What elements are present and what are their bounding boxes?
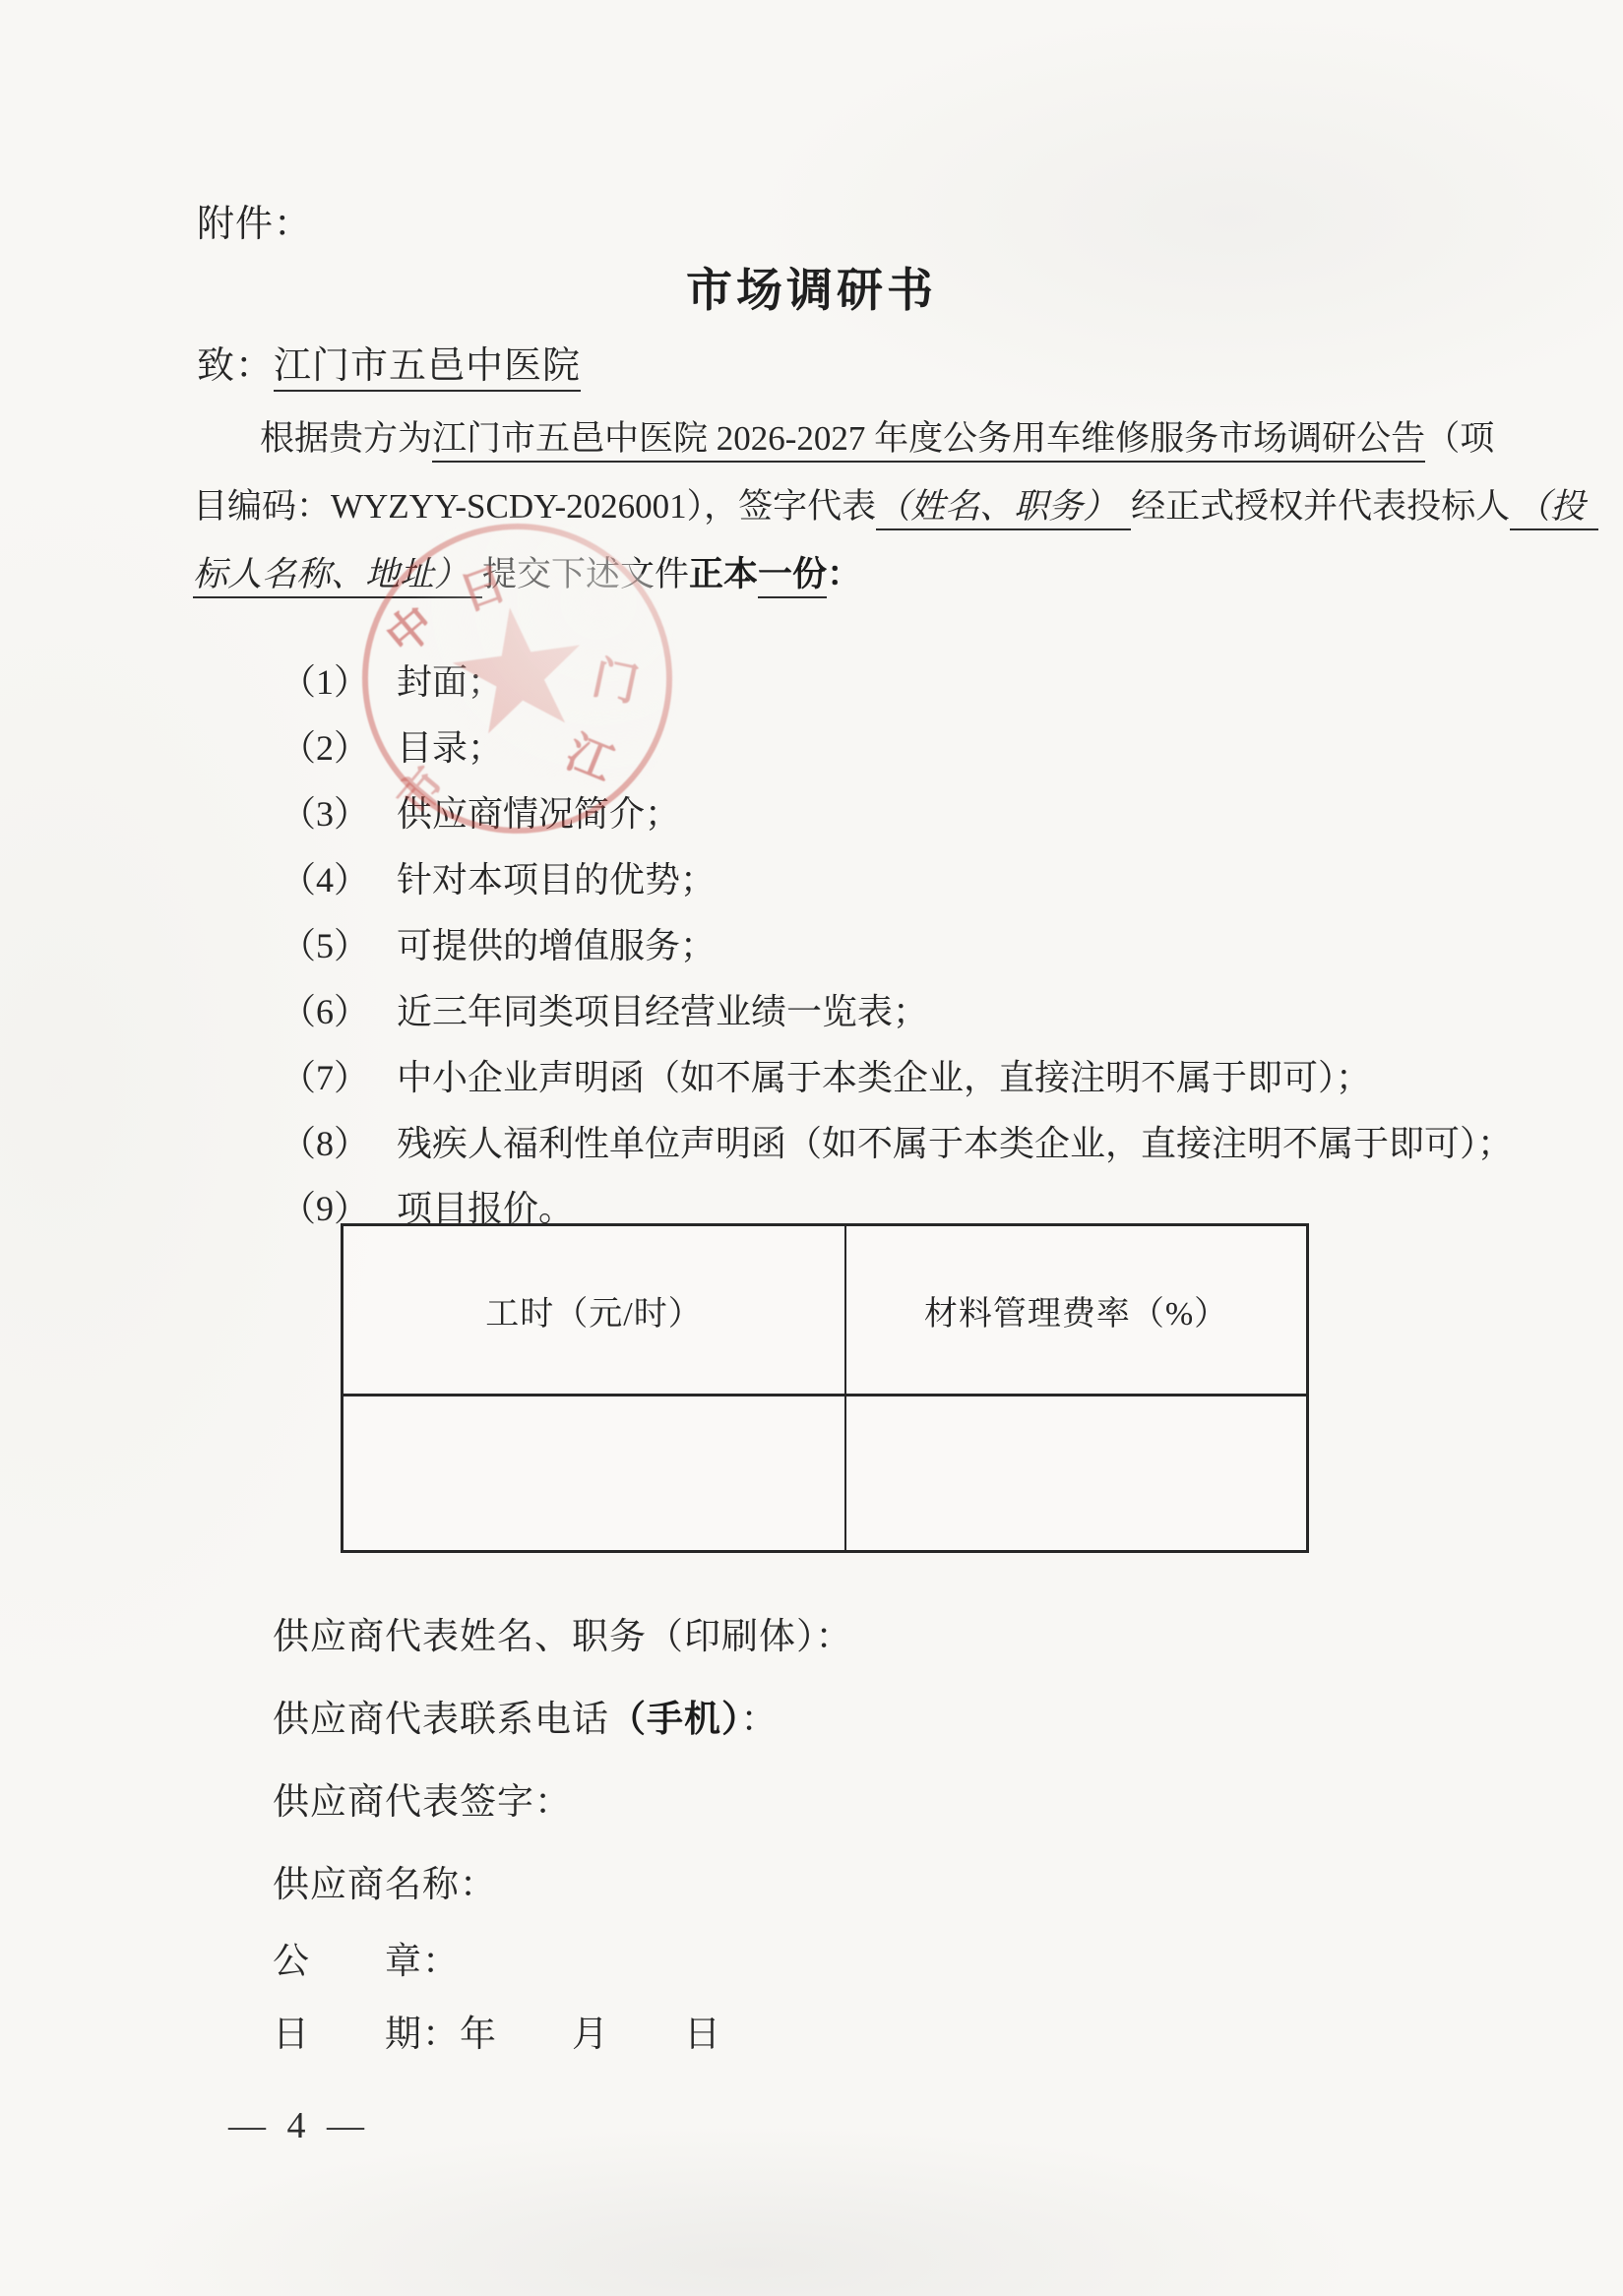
- list-item-6-number: （6）: [281, 984, 369, 1034]
- sig-rep-phone-colon: ：: [741, 1700, 779, 1740]
- list-item-3-number: （3）: [281, 786, 369, 837]
- paragraph-line-1: 根据贵方为江门市五邑中医院 2026-2027 年度公务用车维修服务市场调研公告…: [260, 411, 1494, 461]
- list-item-5: （5）可提供的增值服务；: [281, 918, 716, 968]
- table-cell-material-fee-value: [846, 1396, 1306, 1550]
- sig-line-rep-signature: 供应商代表签字：: [273, 1771, 572, 1825]
- list-item-7-number: （7）: [281, 1050, 369, 1100]
- list-item-6-text: 近三年同类项目经营业绩一览表；: [397, 992, 928, 1031]
- list-item-8-text: 残疾人福利性单位声明函（如不属于本类企业，直接注明不属于即可）；: [397, 1124, 1513, 1163]
- sig-line-official-seal: 公 章：: [273, 1931, 460, 1984]
- paragraph-l2-mid: 经正式授权并代表投标人: [1131, 487, 1510, 526]
- scanned-document-page: { "header": { "attachment_label": "附件：",…: [0, 0, 1623, 2296]
- list-item-2-number: （2）: [281, 720, 369, 771]
- paragraph-l3-bold: 正本: [689, 555, 758, 593]
- sig-rep-phone-bold: （手机）: [609, 1699, 741, 1739]
- sig-line-date: 日 期：年 月 日: [273, 2004, 721, 2057]
- paragraph-l1-pre: 根据贵方为: [260, 419, 432, 458]
- document-page: 附件： 市场调研书 致：江门市五邑中医院 根据贵方为江门市五邑中医院 2026-…: [0, 0, 1623, 2296]
- list-item-4: （4）针对本项目的优势；: [281, 852, 716, 902]
- stamp-fade-overlay: [334, 495, 702, 863]
- sig-line-rep-name-title: 供应商代表姓名、职务（印刷体）：: [273, 1606, 853, 1659]
- table-cell-labor-rate-value: [343, 1396, 844, 1550]
- recipient-name: 江门市五邑中医院: [274, 345, 581, 392]
- paragraph-l1-underlined: 江门市五邑中医院 2026-2027 年度公务用车维修服务市场调研公告: [432, 419, 1425, 463]
- paragraph-l2-blank-name-title: （姓名、职务）: [876, 487, 1131, 530]
- page-title: 市场调研书: [0, 254, 1623, 320]
- red-official-seal-stamp: 中 日 门 江 市: [343, 504, 693, 854]
- paragraph-l1-post: （项: [1425, 419, 1494, 458]
- sig-rep-phone-pre: 供应商代表联系电话: [273, 1700, 609, 1740]
- list-item-8-number: （8）: [281, 1116, 369, 1166]
- sig-line-rep-phone: 供应商代表联系电话（手机）：: [273, 1689, 779, 1742]
- price-quote-table: 工时（元/时） 材料管理费率（%）: [341, 1223, 1309, 1553]
- recipient-line: 致：江门市五邑中医院: [197, 335, 581, 389]
- list-item-7-text: 中小企业声明函（如不属于本类企业，直接注明不属于即可）；: [397, 1058, 1371, 1097]
- table-header-labor-rate: 工时（元/时）: [343, 1226, 844, 1394]
- list-item-9-text: 项目报价。: [397, 1189, 574, 1228]
- list-item-4-number: （4）: [281, 852, 369, 902]
- list-item-7: （7）中小企业声明函（如不属于本类企业，直接注明不属于即可）；: [281, 1050, 1371, 1100]
- attachment-label: 附件：: [197, 193, 312, 247]
- list-item-8: （8）残疾人福利性单位声明函（如不属于本类企业，直接注明不属于即可）；: [281, 1116, 1513, 1166]
- list-item-4-text: 针对本项目的优势；: [397, 860, 716, 900]
- page-number: — 4 —: [228, 2104, 370, 2147]
- table-header-material-fee: 材料管理费率（%）: [846, 1226, 1306, 1394]
- paragraph-line-2: 目编码：WYZYY-SCDY-2026001），签字代表（姓名、职务）经正式授权…: [193, 479, 1598, 528]
- list-item-5-text: 可提供的增值服务；: [397, 926, 716, 965]
- paragraph-l2-blank-bidder: （投: [1510, 487, 1598, 530]
- recipient-prefix: 致：: [197, 345, 274, 387]
- list-item-6: （6）近三年同类项目经营业绩一览表；: [281, 984, 928, 1034]
- sig-line-supplier-name: 供应商名称：: [273, 1854, 497, 1907]
- paragraph-l3-end: ：: [827, 555, 861, 593]
- paragraph-l3-bold-underlined: 一份: [758, 555, 827, 598]
- list-item-5-number: （5）: [281, 918, 369, 968]
